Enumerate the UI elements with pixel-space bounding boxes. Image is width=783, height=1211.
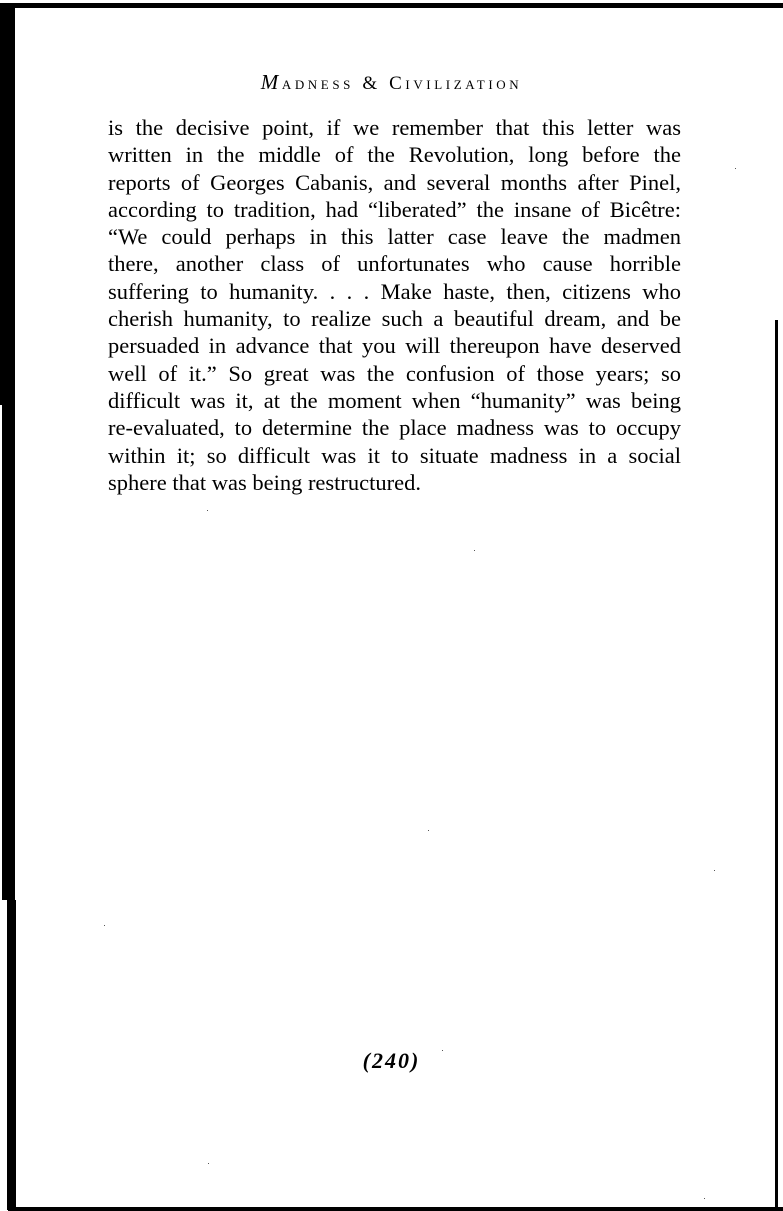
text-line: cherish humanity, to realize such a beau… [108, 305, 681, 332]
running-head-word: adness [282, 73, 354, 94]
scan-border-bottom [8, 1207, 783, 1211]
running-head-initial: C [389, 73, 405, 94]
text-line: suffering to humanity. . . . Make haste,… [108, 278, 681, 305]
text-line: persuaded in advance that you will there… [108, 332, 681, 359]
running-head-ampersand: & [362, 73, 380, 94]
scan-border-top [0, 3, 783, 8]
scan-speck [442, 1050, 443, 1051]
scan-speck [428, 830, 429, 831]
body-paragraph: is the decisive point, if we remember th… [108, 114, 681, 496]
scan-speck [208, 1163, 209, 1164]
scan-speck [714, 870, 715, 871]
text-line: reports of Georges Cabanis, and several … [108, 169, 681, 196]
scan-speck [735, 168, 736, 169]
scan-border-left [0, 5, 15, 405]
scan-speck [704, 1198, 705, 1199]
scan-border-right [775, 320, 778, 1210]
text-line: “We could perhaps in this latter case le… [108, 223, 681, 250]
text-line: written in the middle of the Revolution,… [108, 141, 681, 168]
text-line: re-evaluated, to determine the place mad… [108, 414, 681, 441]
running-head-word: ivilization [405, 73, 522, 94]
text-line: well of it.” So great was the confusion … [108, 360, 681, 387]
running-head-initial: M [261, 70, 282, 94]
text-line: within it; so difficult was it to situat… [108, 442, 681, 469]
text-line: difficult was it, at the moment when “hu… [108, 387, 681, 414]
scan-speck [104, 925, 105, 926]
text-line: sphere that was being restructured. [108, 469, 681, 496]
text-line: according to tradition, had “liberated” … [108, 196, 681, 223]
running-head: Madness & Civilization [0, 70, 783, 96]
text-line: is the decisive point, if we remember th… [108, 114, 681, 141]
scan-border-left [2, 400, 15, 900]
scan-speck [207, 510, 208, 511]
scan-speck [474, 550, 475, 551]
text-line: there, another class of unfortunates who… [108, 250, 681, 277]
page-number: (240) [0, 1048, 783, 1074]
